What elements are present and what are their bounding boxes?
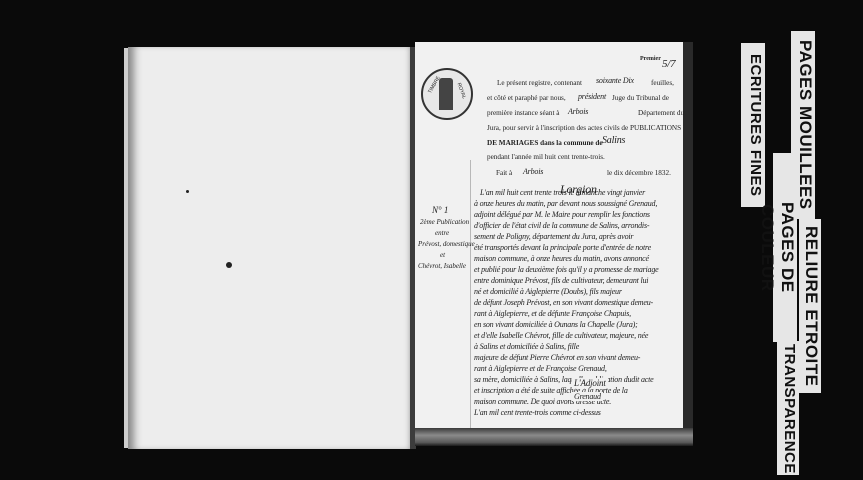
folio-number: 5/7 (662, 58, 675, 70)
body-line: rant à Aiglepierre et de Françoise Grena… (474, 364, 607, 373)
margin-line-1: 2ème Publication (420, 218, 469, 226)
printed-line-6: pendant l'année mil huit cent trente-tro… (487, 153, 605, 161)
stamp-side-text: ROYAL (456, 82, 467, 100)
margin-line-3: Prévost, domestique (418, 240, 475, 248)
body-line: à onze heures du matin, par devant nous … (474, 199, 657, 208)
body-line: maison commune, à onze heures du matin, … (474, 254, 649, 263)
adjoint-signature: L'Adjoint (572, 378, 608, 388)
body-line: L'an mil huit cent trente trois le diman… (480, 188, 645, 197)
label-colored-pages: PAGES DE COULEUR (773, 153, 797, 342)
body-line: été transportés devant la principale por… (474, 243, 651, 252)
body-line: rant à Aiglepierre, et de défunte Franço… (474, 309, 631, 318)
fill-seat: Arbois (568, 107, 588, 116)
fill-place: Arbois (523, 167, 543, 176)
printed-line-4: Jura, pour servir à l'inscription des ac… (487, 124, 681, 132)
printed-line-1: Le présent registre, contenant (497, 79, 582, 87)
fill-sheet-count: soixante Dix (596, 76, 634, 85)
body-line: adjoint délégué par M. le Maire pour rem… (474, 210, 650, 219)
body-line: sement de Poligny, département du Jura, … (474, 232, 633, 241)
body-line: et publié pour la deuxième fois qu'il y … (474, 265, 659, 274)
label-fine-writing: ECRITURES FINES (741, 43, 765, 207)
printed-line-7: Fait à (496, 169, 512, 177)
printed-line-2: et côté et paraphé par nous, (487, 94, 566, 102)
ink-spot (186, 190, 189, 193)
body-line: entre dominique Prévost, fils de cultiva… (474, 276, 648, 285)
fill-commune: Salins (602, 135, 625, 146)
royal-stamp-icon: TIMBRE ROYAL (421, 68, 473, 120)
stamp-figure (439, 78, 453, 110)
body-line: et d'elle Isabelle Chévrot, fille de cul… (474, 331, 648, 340)
body-line: L'an mil cent trente-trois comme ci-dess… (474, 408, 601, 417)
label-transparency: TRANSPARENCE (777, 341, 799, 475)
margin-line-2: entre (435, 229, 449, 237)
fill-date: le dix décembre 1832. (607, 169, 671, 177)
body-line: né et domicilié à Aiglepierre (Doubs), f… (474, 287, 622, 296)
margin-rule (470, 160, 471, 428)
margin-line-4: et (440, 251, 445, 259)
body-line: d'officier de l'état civil de la commune… (474, 221, 649, 230)
left-blank-page (128, 47, 413, 449)
fill-judge: président (578, 92, 606, 101)
right-page-edge (683, 42, 693, 442)
entry-number: N° 1 (432, 205, 448, 215)
page-bottom-edge (415, 428, 693, 446)
body-line: en son vivant domiciliée à Ounans la Cha… (474, 320, 638, 329)
body-line: à Salins et domiciliée à Salins, fille (474, 342, 579, 351)
body-line: sa mère, domiciliée à Salins, laquelle p… (474, 375, 653, 384)
printed-line-5: DE MARIAGES dans la commune de (487, 139, 603, 147)
folio-label: Premier (640, 56, 661, 62)
label-tight-binding: RELIURE ETROITE (799, 219, 821, 393)
grenaud-signature: Grenaud (572, 392, 603, 401)
fill-court: Juge du Tribunal de (612, 94, 669, 102)
body-line: majeure de défunt Pierre Chévrot en son … (474, 353, 640, 362)
printed-line-3: première instance séant à (487, 109, 559, 117)
body-line: de défunt Joseph Prévost, en son vivant … (474, 298, 653, 307)
ink-spot (226, 262, 232, 268)
fill-sheets-word: feuilles, (651, 79, 674, 87)
fill-department: Département du (638, 109, 684, 117)
margin-line-5: Chévrot, Isabelle (418, 262, 466, 270)
